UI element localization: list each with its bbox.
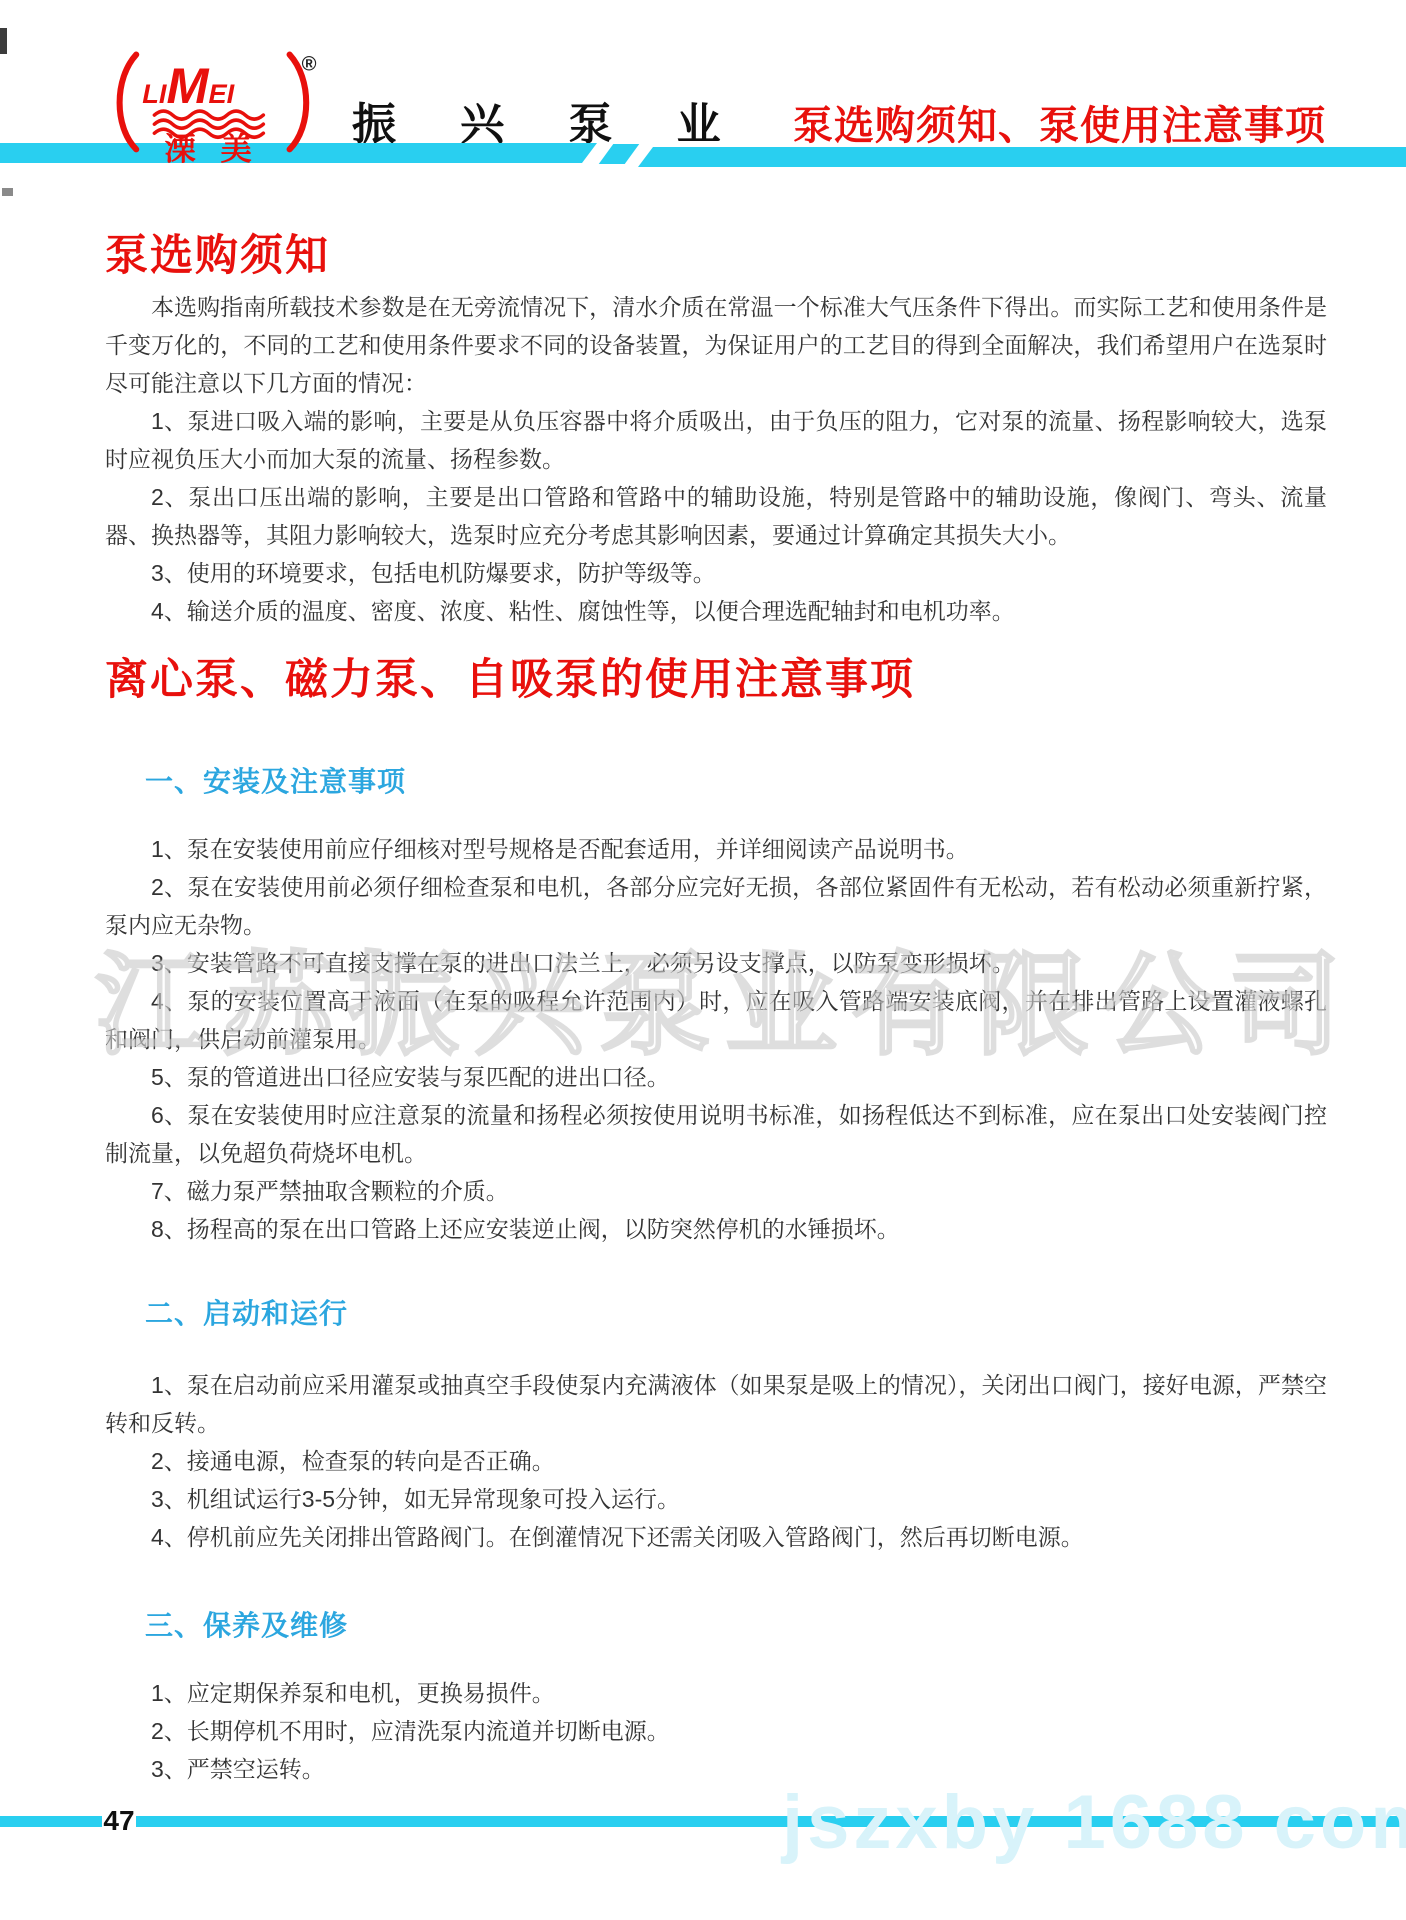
purchase-guide-body: 本选购指南所载技术参数是在无旁流情况下，清水介质在常温一个标准大气压条件下得出。… bbox=[105, 288, 1327, 630]
list-item: 3、安装管路不可直接支撑在泵的进出口法兰上，必须另设支撑点，以防泵变形损坏。 bbox=[105, 944, 1327, 982]
footer-bar-right bbox=[136, 1816, 1406, 1827]
subsection-title-maintenance: 三、保养及维修 bbox=[145, 1604, 348, 1644]
logo-left-paren-icon bbox=[120, 55, 137, 150]
company-name: 振 兴 泵 业 bbox=[352, 88, 747, 152]
footer-bar-left bbox=[0, 1816, 102, 1827]
maintenance-items: 1、应定期保养泵和电机，更换易损件。 2、长期停机不用时，应清洗泵内流道并切断电… bbox=[105, 1674, 1327, 1788]
subsection-title-startup: 二、启动和运行 bbox=[145, 1292, 348, 1332]
limei-logo: LIMEI ® 溧 美 bbox=[108, 50, 340, 164]
subsection-title-installation: 一、安装及注意事项 bbox=[145, 760, 406, 800]
header-bar-right bbox=[638, 147, 1406, 167]
section-title-purchase-guide: 泵选购须知 bbox=[105, 222, 330, 283]
list-item: 2、长期停机不用时，应清洗泵内流道并切断电源。 bbox=[105, 1712, 1327, 1750]
list-item: 1、泵进口吸入端的影响，主要是从负压容器中将介质吸出，由于负压的阻力，它对泵的流… bbox=[105, 402, 1327, 478]
list-item: 1、应定期保养泵和电机，更换易损件。 bbox=[105, 1674, 1327, 1712]
list-item: 8、扬程高的泵在出口管路上还应安装逆止阀，以防突然停机的水锤损坏。 bbox=[105, 1210, 1327, 1248]
installation-items: 1、泵在安装使用前应仔细核对型号规格是否配套适用，并详细阅读产品说明书。 2、泵… bbox=[105, 830, 1327, 1248]
list-item: 2、接通电源，检查泵的转向是否正确。 bbox=[105, 1442, 1327, 1480]
document-page: LIMEI ® 溧 美 振 兴 泵 业 泵选购须知、泵使用注意事项 泵选购须知 … bbox=[0, 0, 1406, 1920]
registered-trademark-icon: ® bbox=[302, 54, 317, 76]
list-item: 2、泵出口压出端的影响，主要是出口管路和管路中的辅助设施，特别是管路中的辅助设施… bbox=[105, 478, 1327, 554]
list-item: 2、泵在安装使用前必须仔细检查泵和电机，各部分应完好无损，各部位紧固件有无松动，… bbox=[105, 868, 1327, 944]
list-item: 4、泵的安装位置高于液面（在泵的吸程允许范围内）时，应在吸入管路端安装底阀，并在… bbox=[105, 982, 1327, 1058]
startup-items: 1、泵在启动前应采用灌泵或抽真空手段使泵内充满液体（如果泵是吸上的情况），关闭出… bbox=[105, 1366, 1327, 1556]
logo-cn-name: 溧 美 bbox=[164, 131, 259, 164]
list-item: 4、输送介质的温度、密度、浓度、粘性、腐蚀性等，以便合理选配轴封和电机功率。 bbox=[105, 592, 1327, 630]
logo-brand-text: LIMEI bbox=[142, 57, 235, 114]
intro-paragraph: 本选购指南所载技术参数是在无旁流情况下，清水介质在常温一个标准大气压条件下得出。… bbox=[105, 288, 1327, 402]
list-item: 4、停机前应先关闭排出管路阀门。在倒灌情况下还需关闭吸入管路阀门，然后再切断电源… bbox=[105, 1518, 1327, 1556]
page-number: 47 bbox=[101, 1805, 137, 1837]
page-title: 泵选购须知、泵使用注意事项 bbox=[793, 94, 1326, 151]
list-item: 1、泵在安装使用前应仔细核对型号规格是否配套适用，并详细阅读产品说明书。 bbox=[105, 830, 1327, 868]
list-item: 5、泵的管道进出口径应安装与泵匹配的进出口径。 bbox=[105, 1058, 1327, 1096]
list-item: 7、磁力泵严禁抽取含颗粒的介质。 bbox=[105, 1172, 1327, 1210]
section-title-usage-notes: 离心泵、磁力泵、自吸泵的使用注意事项 bbox=[105, 646, 915, 707]
list-item: 3、严禁空运转。 bbox=[105, 1750, 1327, 1788]
list-item: 3、机组试运行3-5分钟，如无异常现象可投入运行。 bbox=[105, 1480, 1327, 1518]
list-item: 6、泵在安装使用时应注意泵的流量和扬程必须按使用说明书标准，如扬程低达不到标准，… bbox=[105, 1096, 1327, 1172]
list-item: 1、泵在启动前应采用灌泵或抽真空手段使泵内充满液体（如果泵是吸上的情况），关闭出… bbox=[105, 1366, 1327, 1442]
scan-artifact bbox=[0, 28, 7, 54]
list-item: 3、使用的环境要求，包括电机防爆要求，防护等级等。 bbox=[105, 554, 1327, 592]
scan-artifact bbox=[2, 188, 13, 196]
